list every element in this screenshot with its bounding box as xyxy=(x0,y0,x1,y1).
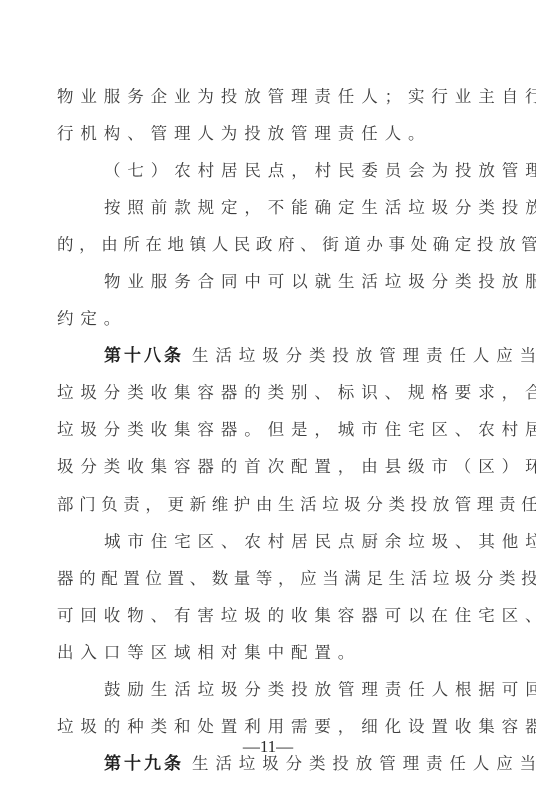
line-text: 垃圾分类收集容器。但是，城市住宅区、农村居民点生活垃 xyxy=(57,420,536,439)
text-line: 圾分类收集容器的首次配置，由县级市（区）环境卫生主管 xyxy=(57,448,487,485)
line-text: 垃圾的种类和处置利用需要，细化设置收集容器。 xyxy=(57,717,536,736)
line-text: 按照前款规定，不能确定生活垃圾分类投放管理责任人 xyxy=(104,198,536,217)
line-text: 物业服务企业为投放管理责任人；实行业主自行管理的，执 xyxy=(57,87,536,106)
line-text: 城市住宅区、农村居民点厨余垃圾、其他垃圾的收集容 xyxy=(104,532,536,551)
text-line: 鼓励生活垃圾分类投放管理责任人根据可回收物、有害 xyxy=(57,671,487,708)
text-line: 出入口等区域相对集中配置。 xyxy=(57,634,487,671)
text-line: （七）农村居民点，村民委员会为投放管理责任人。 xyxy=(57,152,487,189)
text-line: 城市住宅区、农村居民点厨余垃圾、其他垃圾的收集容 xyxy=(57,523,487,560)
line-text: 出入口等区域相对集中配置。 xyxy=(57,643,361,662)
text-line: 约定。 xyxy=(57,300,487,337)
text-line: 按照前款规定，不能确定生活垃圾分类投放管理责任人 xyxy=(57,189,487,226)
line-text: 圾分类收集容器的首次配置，由县级市（区）环境卫生主管 xyxy=(57,457,536,476)
text-line: 部门负责，更新维护由生活垃圾分类投放管理责任人负责。 xyxy=(57,486,487,523)
text-line: 器的配置位置、数量等，应当满足生活垃圾分类投放需求； xyxy=(57,560,487,597)
document-page: 物业服务企业为投放管理责任人；实行业主自行管理的，执 行机构、管理人为投放管理责… xyxy=(0,0,536,793)
line-text: 可回收物、有害垃圾的收集容器可以在住宅区、居民点主要 xyxy=(57,606,536,625)
line-text: 约定。 xyxy=(57,309,127,328)
line-text: 垃圾分类收集容器的类别、标识、规格要求，合理配置生活 xyxy=(57,383,536,402)
line-text: 生活垃圾分类投放管理责任人应当按照生活 xyxy=(192,346,536,365)
text-line: 物业服务企业为投放管理责任人；实行业主自行管理的，执 xyxy=(57,78,487,115)
line-text: 物业服务合同中可以就生活垃圾分类投放服务内容进行 xyxy=(104,272,536,291)
text-line: 行机构、管理人为投放管理责任人。 xyxy=(57,115,487,152)
text-line: 垃圾分类收集容器。但是，城市住宅区、农村居民点生活垃 xyxy=(57,411,487,448)
text-line: 可回收物、有害垃圾的收集容器可以在住宅区、居民点主要 xyxy=(57,597,487,634)
line-text: 器的配置位置、数量等，应当满足生活垃圾分类投放需求； xyxy=(57,569,536,588)
line-text: 部门负责，更新维护由生活垃圾分类投放管理责任人负责。 xyxy=(57,495,536,514)
line-text: （七）农村居民点，村民委员会为投放管理责任人。 xyxy=(104,161,536,180)
page-number: —11— xyxy=(0,737,536,757)
text-line: 物业服务合同中可以就生活垃圾分类投放服务内容进行 xyxy=(57,263,487,300)
line-text: 行机构、管理人为投放管理责任人。 xyxy=(57,124,431,143)
body-text: 物业服务企业为投放管理责任人；实行业主自行管理的，执 行机构、管理人为投放管理责… xyxy=(57,78,487,782)
text-line: 垃圾分类收集容器的类别、标识、规格要求，合理配置生活 xyxy=(57,374,487,411)
article-heading: 第十八条 xyxy=(104,346,184,366)
text-line: 的，由所在地镇人民政府、街道办事处确定投放管理责任人。 xyxy=(57,226,487,263)
article-18-line: 第十八条生活垃圾分类投放管理责任人应当按照生活 xyxy=(57,337,487,374)
line-text: 的，由所在地镇人民政府、街道办事处确定投放管理责任人。 xyxy=(57,235,536,254)
line-text: 鼓励生活垃圾分类投放管理责任人根据可回收物、有害 xyxy=(104,680,536,699)
